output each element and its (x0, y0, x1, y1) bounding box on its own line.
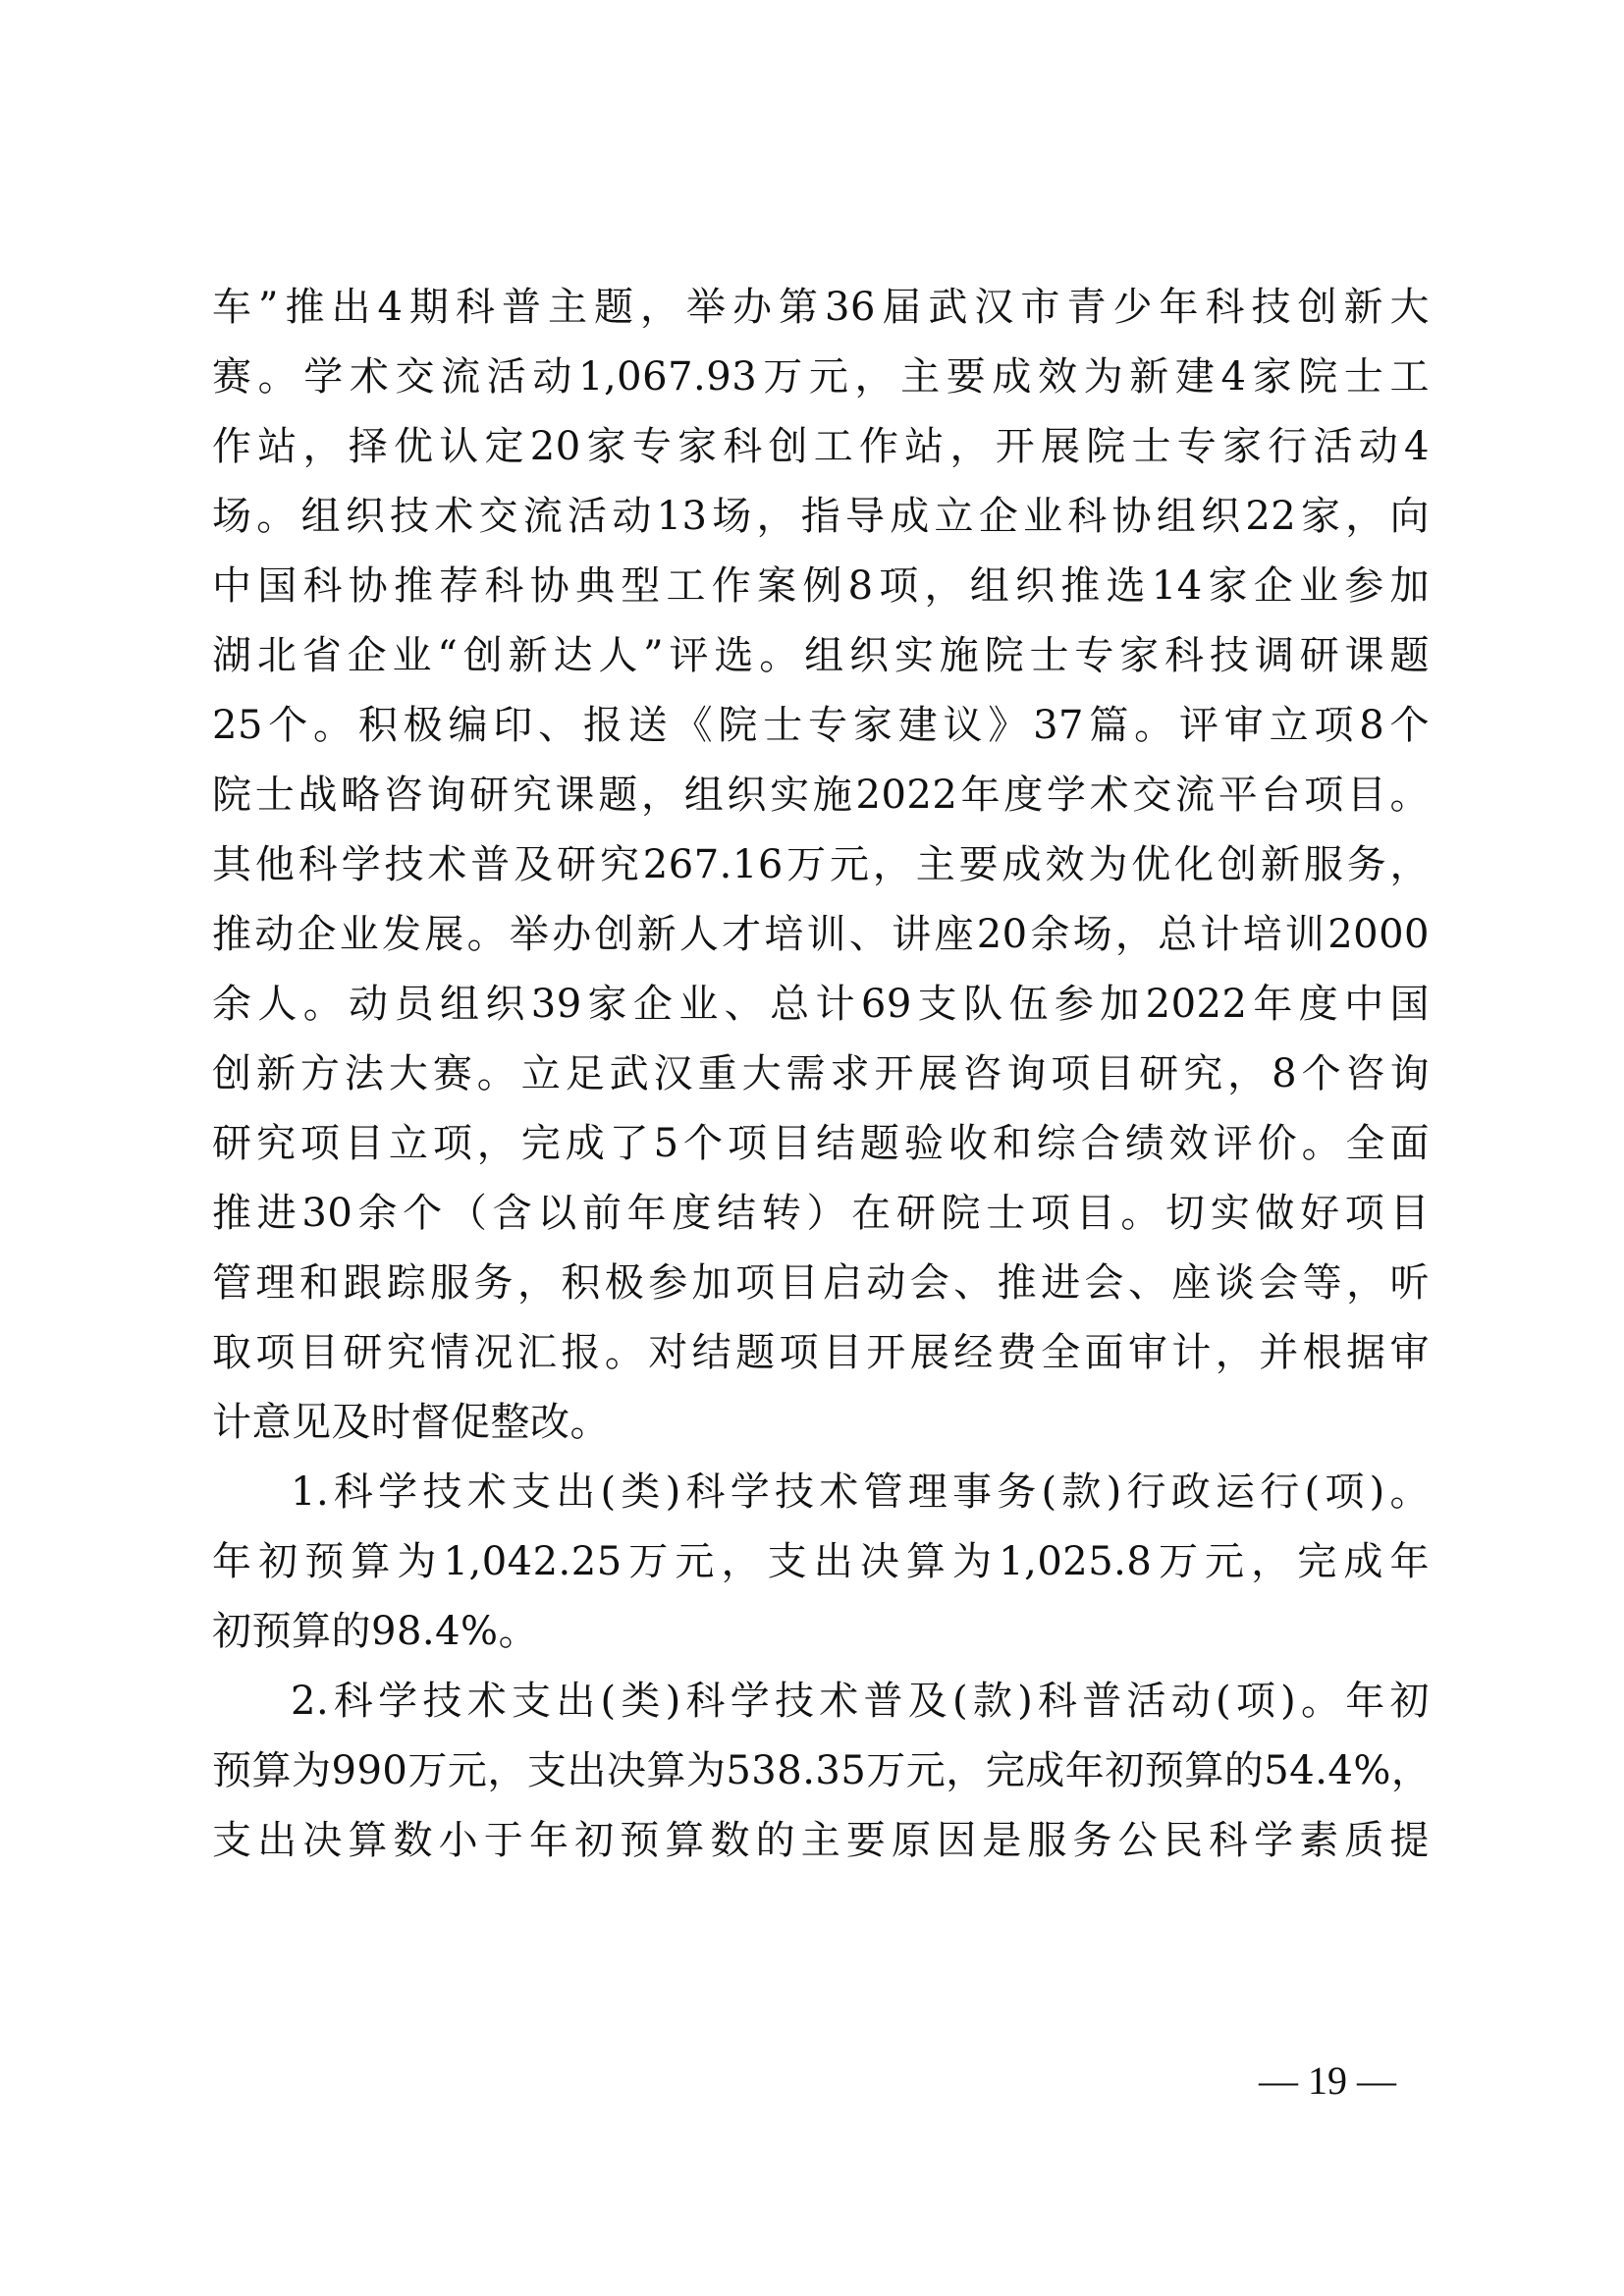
paragraph-line: 作站，择优认定20家专家科创工作站，开展院士专家行活动4 (212, 422, 1430, 471)
paragraph-line: 场。组织技术交流活动13场，指导成立企业科协组织22家，向 (212, 492, 1430, 541)
paragraph-line: 支出决算数小于年初预算数的主要原因是服务公民科学素质提 (212, 1816, 1430, 1865)
paragraph-line: 取项目研究情况汇报。对结题项目开展经费全面审计，并根据审 (212, 1328, 1430, 1377)
paragraph-line: 管理和跟踪服务，积极参加项目启动会、推进会、座谈会等，听 (212, 1258, 1430, 1308)
document-page: 车”推出4期科普主题，举办第36届武汉市青少年科技创新大 赛。学术交流活动1,0… (0, 0, 1624, 2296)
paragraph-line: 计意见及时督促整改。 (212, 1398, 1430, 1447)
paragraph-line: 其他科学技术普及研究267.16万元，主要成效为优化创新服务， (212, 840, 1430, 889)
paragraph-line: 赛。学术交流活动1,067.93万元，主要成效为新建4家院士工 (212, 352, 1430, 401)
paragraph-line: 研究项目立项，完成了5个项目结题验收和综合绩效评价。全面 (212, 1119, 1430, 1168)
paragraph-line: 推进30余个（含以前年度结转）在研院士项目。切实做好项目 (212, 1189, 1430, 1238)
paragraph-line: 创新方法大赛。立足武汉重大需求开展咨询项目研究，8个咨询 (212, 1049, 1430, 1098)
paragraph-line: 预算为990万元，支出决算为538.35万元，完成年初预算的54.4%， (212, 1746, 1430, 1795)
paragraph-line: 年初预算为1,042.25万元，支出决算为1,025.8万元，完成年 (212, 1537, 1430, 1586)
paragraph-line: 湖北省企业“创新达人”评选。组织实施院士专家科技调研课题 (212, 631, 1430, 680)
paragraph-line: 中国科协推荐科协典型工作案例8项，组织推选14家企业参加 (212, 561, 1430, 611)
paragraph-line: 车”推出4期科普主题，举办第36届武汉市青少年科技创新大 (212, 283, 1430, 332)
page-number: — 19 — (1239, 2057, 1416, 2104)
paragraph-line: 院士战略咨询研究课题，组织实施2022年度学术交流平台项目。 (212, 771, 1430, 820)
section-heading-1: 1.科学技术支出(类)科学技术管理事务(款)行政运行(项)。 (291, 1468, 1430, 1517)
paragraph-line: 推动企业发展。举办创新人才培训、讲座20余场，总计培训2000 (212, 910, 1430, 959)
section-heading-2: 2.科学技术支出(类)科学技术普及(款)科普活动(项)。年初 (291, 1677, 1430, 1726)
paragraph-line: 余人。动员组织39家企业、总计69支队伍参加2022年度中国 (212, 980, 1430, 1029)
paragraph-line: 25个。积极编印、报送《院士专家建议》37篇。评审立项8个 (212, 701, 1430, 750)
paragraph-line: 初预算的98.4%。 (212, 1607, 1430, 1656)
